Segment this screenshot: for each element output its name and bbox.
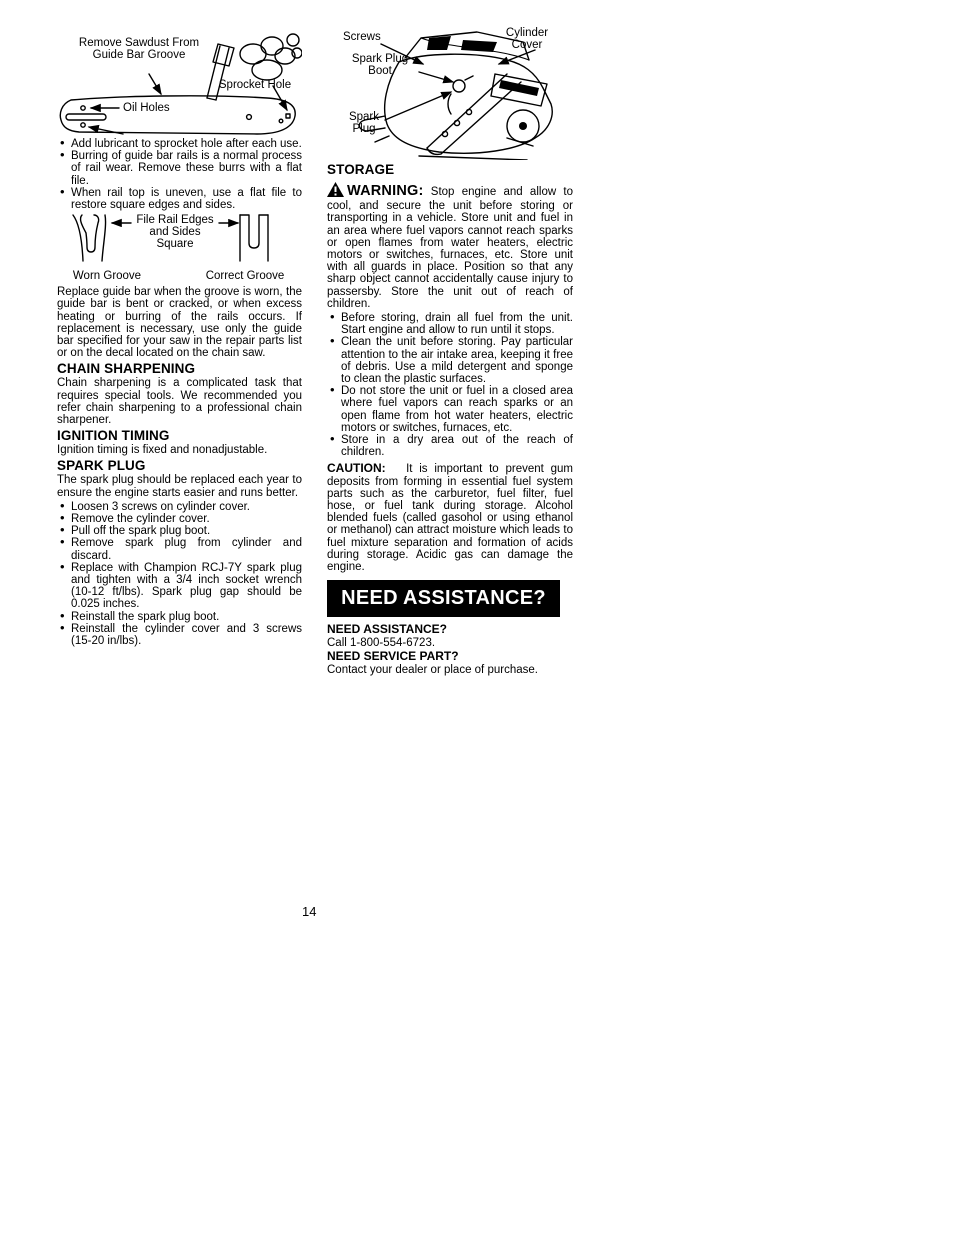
list-item: Replace with Champion RCJ-7Y spark plug … [57, 562, 302, 611]
need-service-part-heading: NEED SERVICE PART? [327, 650, 573, 664]
list-item: Add lubricant to sprocket hole after eac… [57, 138, 302, 150]
engine-label-cylinder-cover: Cylinder Cover [495, 28, 559, 52]
caution-label: CAUTION: [327, 461, 386, 475]
replace-guide-bar-paragraph: Replace guide bar when the groove is wor… [57, 286, 302, 359]
spark-plug-steps-list: Loosen 3 screws on cylinder cover. Remov… [57, 501, 302, 647]
list-item: Clean the unit before storing. Pay parti… [327, 336, 573, 385]
ignition-timing-heading: IGNITION TIMING [57, 428, 302, 444]
storage-list: Before storing, drain all fuel from the … [327, 312, 573, 458]
spark-plug-paragraph: The spark plug should be replaced each y… [57, 474, 302, 498]
chain-sharpening-heading: CHAIN SHARPENING [57, 361, 302, 377]
guide-bar-figure: Remove Sawdust From Guide Bar Groove Spr… [57, 24, 302, 138]
storage-heading: STORAGE [327, 162, 573, 178]
right-column: Screws Cylinder Cover Spark Plug Boot Sp… [327, 20, 573, 677]
guide-bar-maintenance-list: Add lubricant to sprocket hole after eac… [57, 138, 302, 211]
chain-sharpening-paragraph: Chain sharpening is a complicated task t… [57, 377, 302, 426]
list-item: Remove spark plug from cylinder and disc… [57, 537, 302, 561]
groove-label-worn: Worn Groove [57, 271, 157, 283]
list-item: Pull off the spark plug boot. [57, 525, 302, 537]
guide-bar-label-sprocket-hole: Sprocket Hole [207, 80, 303, 92]
groove-label-square: Square [133, 239, 217, 251]
left-column: Remove Sawdust From Guide Bar Groove Spr… [57, 24, 302, 647]
guide-bar-label-remove-sawdust: Remove Sawdust From Guide Bar Groove [63, 38, 215, 62]
storage-warning-paragraph: WARNING: Stop engine and allow to cool, … [327, 182, 573, 310]
list-item: Store in a dry area out of the reach of … [327, 434, 573, 458]
list-item: When rail top is uneven, use a flat file… [57, 187, 302, 211]
engine-figure: Screws Cylinder Cover Spark Plug Boot Sp… [327, 20, 573, 160]
groove-label-correct: Correct Groove [190, 271, 300, 283]
engine-label-spark-plug-boot: Spark Plug Boot [351, 54, 409, 78]
manual-page: Remove Sawdust From Guide Bar Groove Spr… [0, 0, 954, 1235]
page-number: 14 [302, 904, 316, 919]
need-service-part-text: Contact your dealer or place of purchase… [327, 664, 573, 678]
engine-label-spark-plug: Spark Plug [343, 112, 385, 136]
list-item: Do not store the unit or fuel in a close… [327, 385, 573, 434]
spark-plug-heading: SPARK PLUG [57, 458, 302, 474]
warning-label: WARNING: [347, 183, 424, 199]
need-assistance-phone: Call 1-800-554-6723. [327, 637, 573, 651]
list-item: Reinstall the cylinder cover and 3 screw… [57, 623, 302, 647]
caution-paragraph: CAUTION: It is important to prevent gum … [327, 462, 573, 573]
need-assistance-banner: NEED ASSISTANCE? [327, 580, 560, 617]
list-item: Before storing, drain all fuel from the … [327, 312, 573, 336]
engine-label-screws: Screws [343, 32, 391, 44]
list-item: Loosen 3 screws on cylinder cover. [57, 501, 302, 513]
warning-triangle-icon [327, 182, 344, 200]
groove-figure: File Rail Edges and Sides Square Worn Gr… [57, 213, 302, 286]
list-item: Reinstall the spark plug boot. [57, 611, 302, 623]
list-item: Burring of guide bar rails is a normal p… [57, 150, 302, 187]
warning-text: Stop engine and allow to cool, and secur… [327, 186, 573, 310]
guide-bar-label-oil-holes: Oil Holes [123, 103, 183, 115]
need-assistance-heading: NEED ASSISTANCE? [327, 623, 573, 637]
ignition-timing-paragraph: Ignition timing is fixed and nonadjustab… [57, 444, 302, 456]
caution-text: It is important to prevent gum deposits … [327, 463, 573, 573]
list-item: Remove the cylinder cover. [57, 513, 302, 525]
